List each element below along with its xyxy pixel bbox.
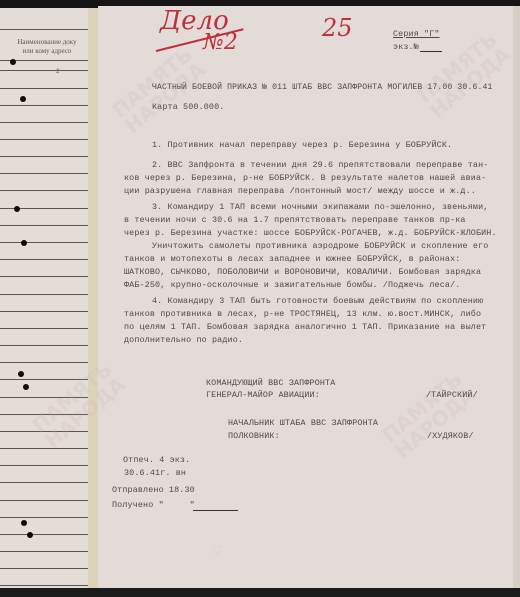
form-rule (0, 122, 88, 123)
paragraph-3-line: ШАТКОВО, СЫЧКОВО, ПОБОЛОВИЧИ и ВОРОНОВИЧ… (124, 267, 481, 278)
received-blank (193, 510, 238, 511)
form-rule (0, 259, 88, 260)
form-rule (0, 276, 88, 277)
form-rule (0, 242, 88, 243)
sent-time: Отправлено 18.30 (112, 485, 195, 496)
signature-1-title: КОМАНДУЮЩИЙ ВВС ЗАПФРОНТА (206, 378, 335, 389)
form-rule (0, 551, 88, 552)
form-rule (0, 105, 88, 106)
map-reference: Карта 500.000. (152, 102, 224, 113)
paragraph-4-line: 4. Командиру 3 ТАП быть готовности боевы… (152, 296, 483, 307)
handwritten-page-number: 25 (322, 14, 353, 42)
paragraph-1: 1. Противник начал переправу через р. Бе… (152, 140, 452, 151)
signature-1-rank: ГЕНЕРАЛ-МАЙОР АВИАЦИИ: (206, 390, 320, 401)
print-date: 30.6.41г. вн (124, 468, 186, 479)
form-rule (0, 294, 88, 295)
form-rule (0, 345, 88, 346)
punch-hole (10, 59, 16, 65)
signature-2-rank: ПОЛКОВНИК: (228, 431, 280, 442)
punch-hole (21, 520, 27, 526)
paragraph-3-line: Уничтожить самолеты противника аэродроме… (152, 241, 488, 252)
form-rule (0, 362, 88, 363)
form-rule (0, 465, 88, 466)
paragraph-3-line: ФАБ-250, крупно-осколочные и зажигательн… (124, 280, 460, 291)
form-rule (0, 448, 88, 449)
form-header-line2: или кому адресо (6, 47, 88, 56)
form-rule (0, 29, 88, 30)
form-rule (0, 517, 88, 518)
paragraph-4-line: танков противника в лесах, р-не ТРОСТЯНЕ… (124, 309, 481, 320)
form-rule (0, 482, 88, 483)
document-scan: Наименование доку или кому адресо 2 (0, 0, 520, 597)
punch-hole (23, 384, 29, 390)
form-column-header: Наименование доку или кому адресо (6, 38, 88, 56)
form-rule (0, 500, 88, 501)
signature-2-name: /ХУДЯКОВ/ (427, 431, 474, 442)
paragraph-4-line: по целям 1 ТАП. Бомбовая зарядка аналоги… (124, 322, 486, 333)
signature-1-name: /ТАЙРСКИЙ/ (426, 390, 478, 401)
paragraph-2-line: 2. ВВС Запфронта в течении дня 29.6 преп… (152, 160, 488, 171)
form-rule (0, 190, 88, 191)
paragraph-2-line: ков через р. Березина, р-не БОБРУЙСК. В … (124, 173, 486, 184)
form-rule (0, 139, 88, 140)
paragraph-3-line: танков и мотопехоты в лесах западнее и ю… (124, 254, 460, 265)
handwritten-file-number: №2 (203, 30, 238, 55)
form-rule (0, 568, 88, 569)
form-rule (0, 311, 88, 312)
order-title: ЧАСТНЫЙ БОЕВОЙ ПРИКАЗ № 011 ШТАБ ВВС ЗАП… (152, 82, 492, 93)
form-rule (0, 173, 88, 174)
series-stamp: Серия "Г" (393, 29, 440, 40)
punch-hole (21, 240, 27, 246)
left-form-strip: Наименование доку или кому адресо 2 (0, 8, 88, 597)
punch-hole (20, 96, 26, 102)
paragraph-3-line: в течении ночи с 30.6 на 1.7 препятствов… (124, 215, 466, 226)
copy-number-label: экз.№ (393, 42, 419, 53)
printed-copies: Отпеч. 4 экз. (123, 455, 190, 466)
signature-2-title: НАЧАЛЬНИК ШТАБА ВВС ЗАПФРОНТА (228, 418, 378, 429)
paragraph-2-line: ции разрушена главная переправа /понтонн… (124, 186, 476, 197)
punch-hole (18, 371, 24, 377)
form-rule (0, 534, 88, 535)
paragraph-3-line: 3. Командиру 1 ТАП всеми ночными экипажа… (152, 202, 488, 213)
form-rule (0, 585, 88, 586)
form-header-line1: Наименование доку (6, 38, 88, 47)
form-rule (0, 156, 88, 157)
page-edge (513, 6, 520, 591)
form-rule (0, 225, 88, 226)
form-rule (0, 70, 88, 71)
copy-number-blank (420, 51, 442, 52)
punch-hole (14, 206, 20, 212)
paragraph-3-line: через р. Березина участке: шоссе БОБРУЙС… (124, 228, 497, 239)
scan-edge-bottom (0, 588, 520, 597)
received-time: Получено " " (112, 500, 195, 511)
form-rule (0, 88, 88, 89)
form-rule (0, 328, 88, 329)
punch-hole (27, 532, 33, 538)
paragraph-4-line: дополнительно по радио. (124, 335, 243, 346)
